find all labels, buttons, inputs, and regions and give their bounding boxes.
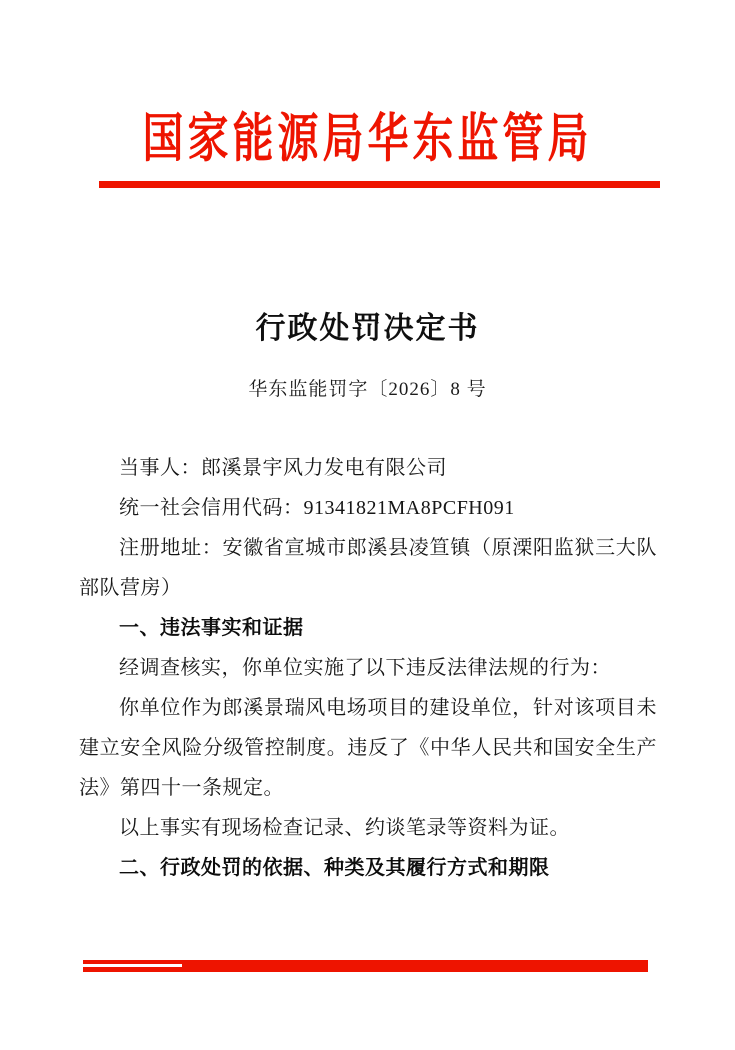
- document-title: 行政处罚决定书: [0, 303, 735, 347]
- party-line: 当事人：郎溪景宇风力发电有限公司: [79, 448, 657, 488]
- document-number: 华东监能罚字〔2026〕8 号: [0, 374, 735, 401]
- footer-divider-line: [83, 960, 648, 972]
- registered-address-line: 注册地址：安徽省宣城市郎溪县凌笪镇（原溧阳监狱三大队部队营房）: [79, 528, 657, 608]
- credit-code-line: 统一社会信用代码：91341821MA8PCFH091: [79, 488, 657, 528]
- letterhead-divider-line: [99, 181, 660, 188]
- penalty-decision-page: 国家能源局华东监管局 行政处罚决定书 华东监能罚字〔2026〕8 号 当事人：郎…: [0, 0, 735, 1050]
- document-body: 当事人：郎溪景宇风力发电有限公司 统一社会信用代码：91341821MA8PCF…: [79, 448, 657, 888]
- section-2-heading: 二、行政处罚的依据、种类及其履行方式和期限: [79, 848, 657, 888]
- section-1-paragraph-2: 你单位作为郎溪景瑞风电场项目的建设单位，针对该项目未建立安全风险分级管控制度。违…: [79, 688, 657, 808]
- section-1-paragraph-3: 以上事实有现场检查记录、约谈笔录等资料为证。: [79, 808, 657, 848]
- section-1-heading: 一、违法事实和证据: [79, 608, 657, 648]
- footer-line-notch: [83, 964, 182, 967]
- agency-letterhead: 国家能源局华东监管局: [0, 96, 735, 172]
- section-1-paragraph-1: 经调查核实，你单位实施了以下违反法律法规的行为：: [79, 648, 657, 688]
